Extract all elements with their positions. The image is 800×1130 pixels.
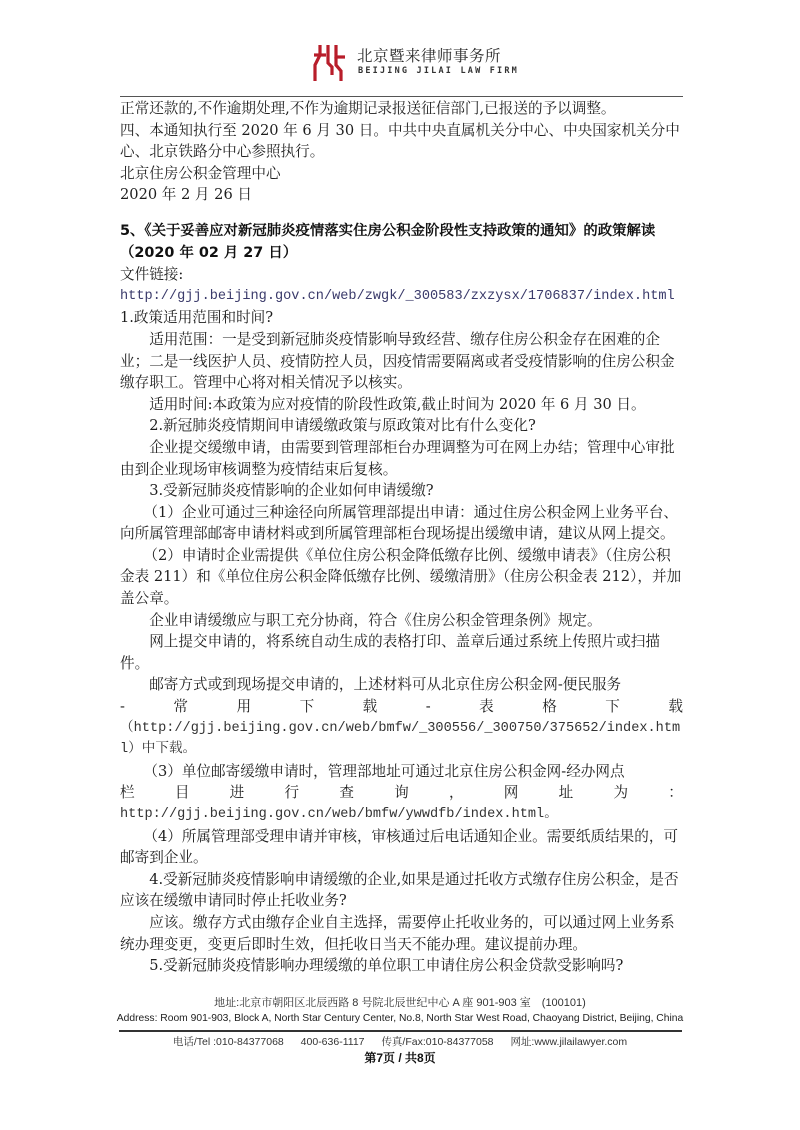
paragraph: （4）所属管理部受理申请并审核，审核通过后电话通知企业。需要纸质结果的，可邮寄到… [120, 826, 683, 869]
question-heading: 3.受新冠肺炎疫情影响的企业如何申请缓缴? [120, 480, 683, 502]
paragraph: 适用范围：一是受到新冠肺炎疫情影响导致经营、缴存住房公积金存在困难的企业；二是一… [120, 329, 683, 394]
text-fragment: 载 [363, 696, 378, 718]
contact-line: 电话/Tel :010-84377068 400-636-1117 传真/Fax… [0, 1034, 800, 1050]
section-title: 5、《关于妥善应对新冠肺炎疫情落实住房公积金阶段性支持政策的通知》的政策解读（2… [120, 221, 683, 264]
link-label: 文件链接: [120, 264, 683, 286]
paragraph: 网上提交申请的，将系统自动生成的表格打印、盖章后通过系统上传照片或扫描件。 [120, 631, 683, 674]
paragraph: 企业提交缓缴申请，由需要到管理部柜台办理调整为可在网上办结；管理中心审批由到企业… [120, 437, 683, 480]
page-number: 第7页 / 共8页 [0, 1050, 800, 1066]
text-fragment: 址 [559, 782, 574, 804]
letterhead-footer: 地址:北京市朝阳区北辰西路 8 号院北辰世纪中心 A 座 901-903 室 (… [0, 995, 800, 1066]
address-en: Address: Room 901-903, Block A, North St… [0, 1011, 800, 1027]
address-cn: 地址:北京市朝阳区北辰西路 8 号院北辰世纪中心 A 座 901-903 室 (… [0, 995, 800, 1011]
text-fragment: 询 [394, 782, 409, 804]
question-heading: 4.受新冠肺炎疫情影响申请缓缴的企业,如果是通过托收方式缴存住房公积金，是否应该… [120, 869, 683, 912]
firm-name-cn: 北京暨来律师事务所 [357, 44, 501, 66]
text-fragment: - [120, 696, 125, 718]
fax: 传真/Fax:010-84377058 [381, 1036, 493, 1048]
signature-org: 北京住房公积金管理中心 [120, 163, 683, 185]
paragraph: 企业申请缓缴应与职工充分协商，符合《住房公积金管理条例》规定。 [120, 610, 683, 632]
website[interactable]: 网址:www.jilailawyer.com [510, 1036, 627, 1048]
header-divider [120, 96, 683, 97]
text-fragment: 为 [613, 782, 628, 804]
paragraph: （1）企业可通过三种途径向所属管理部提出申请：通过住房公积金网上业务平台、向所属… [120, 502, 683, 545]
text-fragment: 下 [605, 696, 620, 718]
question-heading: 5.受新冠肺炎疫情影响办理缓缴的单位职工申请住房公积金贷款受影响吗? [120, 955, 683, 977]
text-fragment: ， [449, 782, 464, 804]
paragraph: （2）申请时企业需提供《单位住房公积金降低缴存比例、缓缴申请表》（住房公积金表 … [120, 545, 683, 610]
paragraph: （3）单位邮寄缓缴申请时，管理部地址可通过北京住房公积金网-经办网点 [120, 761, 683, 783]
document-body: 正常还款的,不作逾期处理,不作为逾期记录报送征信部门,已报送的予以调整。 四、本… [120, 98, 683, 977]
firm-name-en: BEIJING JILAI LAW FIRM [358, 66, 519, 76]
text-fragment: - [426, 696, 431, 718]
text-fragment: 查 [339, 782, 354, 804]
text-fragment: 栏 [120, 782, 135, 804]
hotline: 400-636-1117 [301, 1036, 365, 1048]
signature-date: 2020 年 2 月 26 日 [120, 184, 683, 206]
jilai-logo-icon [312, 43, 346, 83]
telephone: 电话/Tel :010-84377068 [173, 1036, 284, 1048]
text-fragment: 行 [284, 782, 299, 804]
paragraph: 适用时间:本政策为应对疫情的阶段性政策,截止时间为 2020 年 6 月 30 … [120, 394, 683, 416]
text-fragment: ： [668, 782, 683, 804]
justified-line: - 常 用 下 载 - 表 格 下 载 [120, 696, 683, 718]
text-fragment: 格 [542, 696, 557, 718]
justified-line: 栏 目 进 行 查 询 ， 网 址 为 ： [120, 782, 683, 804]
footer-divider [119, 1030, 682, 1032]
text-fragment: 表 [479, 696, 494, 718]
text-fragment: 用 [236, 696, 251, 718]
text-fragment: 目 [175, 782, 190, 804]
text-fragment: 载 [668, 696, 683, 718]
text-fragment: 下 [300, 696, 315, 718]
office-lookup-link[interactable]: http://gjj.beijing.gov.cn/web/bmfw/ywwdf… [120, 804, 683, 826]
paragraph: 邮寄方式或到现场提交申请的，上述材料可从北京住房公积金网-便民服务 [120, 674, 683, 696]
text-fragment: 网 [504, 782, 519, 804]
document-link[interactable]: http://gjj.beijing.gov.cn/web/zwgk/_3005… [120, 286, 683, 308]
text-fragment: 常 [173, 696, 188, 718]
paragraph: 应该。缴存方式由缴存企业自主选择，需要停止托收业务的，可以通过网上业务系统办理变… [120, 912, 683, 955]
download-link[interactable]: （http://gjj.beijing.gov.cn/web/bmfw/_300… [120, 718, 683, 761]
paragraph: 四、本通知执行至 2020 年 6 月 30 日。中共中央直属机关分中心、中央国… [120, 120, 683, 163]
paragraph: 正常还款的,不作逾期处理,不作为逾期记录报送征信部门,已报送的予以调整。 [120, 98, 683, 120]
spacer [120, 206, 683, 221]
letterhead: 北京暨来律师事务所 BEIJING JILAI LAW FIRM [0, 0, 800, 100]
question-heading: 2.新冠肺炎疫情期间申请缓缴政策与原政策对比有什么变化? [120, 415, 683, 437]
question-heading: 1.政策适用范围和时间? [120, 307, 683, 329]
text-fragment: 进 [230, 782, 245, 804]
